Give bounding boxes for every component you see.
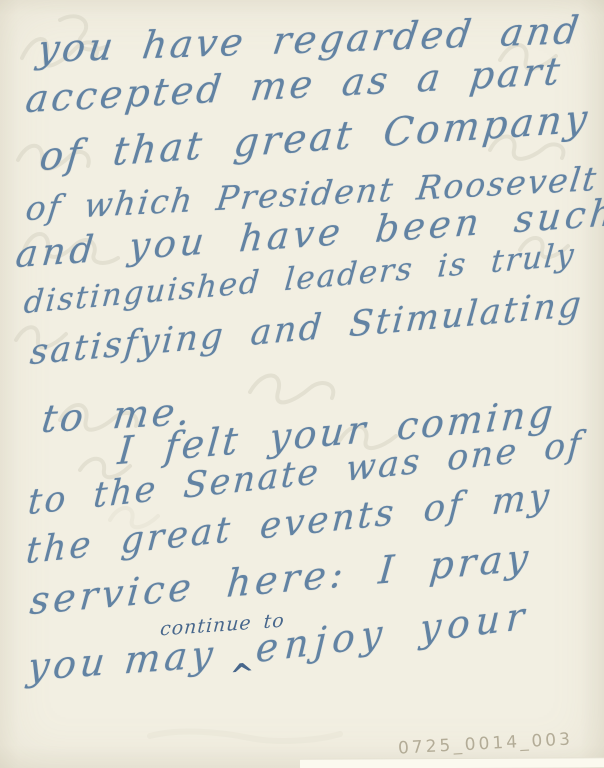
final-line-before-caret: you may: [26, 635, 219, 687]
catalog-number: 0725_0014_003: [398, 729, 574, 758]
final-line-after-caret: enjoy your: [255, 596, 531, 668]
insertion-caret-mark: ^: [228, 657, 257, 694]
scan-edge-strip: [300, 757, 604, 768]
letter-page: you have regarded andaccepted me as a pa…: [0, 0, 604, 768]
